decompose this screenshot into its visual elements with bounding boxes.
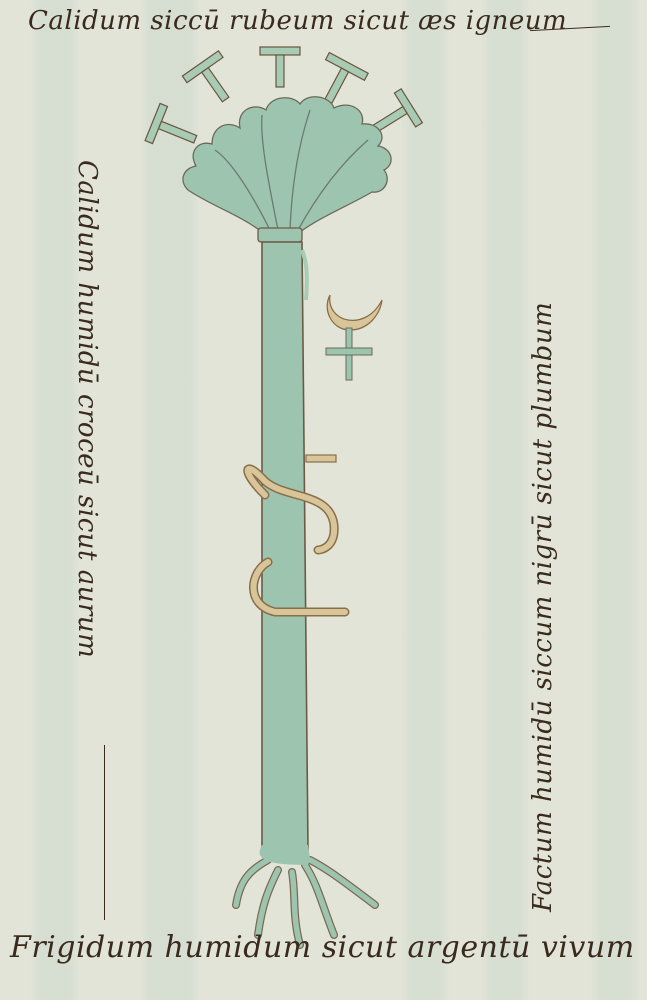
left-inscription: Calidum humidū croceū sicut aurum [72, 160, 102, 658]
foliate-crown [183, 97, 391, 232]
saturn-symbol [326, 295, 382, 380]
bottom-inscription: Frigidum humidum sicut argentū vivum [10, 930, 635, 965]
trunk-peg [306, 455, 336, 462]
right-inscription: Factum humidū siccum nigrū sicut plumbum [528, 302, 558, 912]
manuscript-page: Calidum siccū rubeum sicut æs igneum Cal… [0, 0, 647, 1000]
trunk [262, 242, 308, 850]
trunk-collar [258, 228, 302, 242]
left-rule [104, 745, 105, 920]
top-inscription: Calidum siccū rubeum sicut æs igneum [28, 6, 567, 36]
